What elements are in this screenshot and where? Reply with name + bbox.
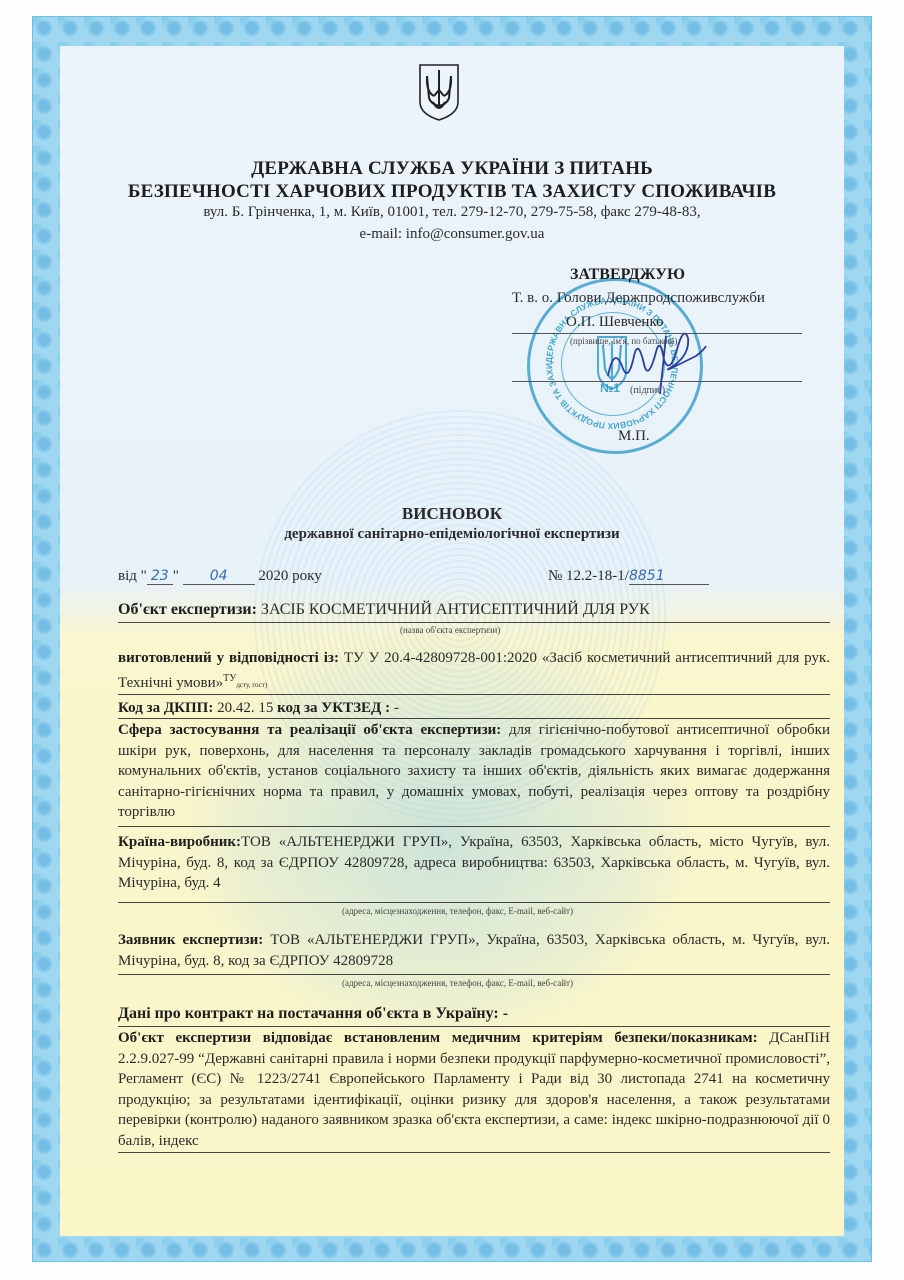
number-prefix: № 12.2-18-1/ bbox=[548, 568, 629, 584]
date-month: 04 bbox=[183, 568, 255, 585]
contract-value: - bbox=[503, 1005, 508, 1022]
field-codes: Код за ДКПП: 20.42. 15 код за УКТЗЕД : - bbox=[118, 698, 830, 719]
date-day: 23 bbox=[147, 568, 173, 585]
producer-caption: (адреса, місцезнаходження, телефон, факс… bbox=[342, 906, 573, 916]
standard-sub: дсту, гост) bbox=[236, 681, 267, 689]
contract-underline bbox=[118, 1026, 830, 1027]
compliance-label: Об'єкт експертизи відповідає встановлени… bbox=[118, 1030, 758, 1046]
date-quote: " bbox=[173, 568, 179, 584]
approval-title: ЗАТВЕРДЖУЮ bbox=[570, 266, 685, 284]
approver-role: Т. в. о. Голови Держпродспоживслужби bbox=[512, 290, 765, 307]
applicant-label: Заявник експертизи: bbox=[118, 932, 263, 948]
compliance-value: ДСанПіН 2.2.9.027-99 “Державні санітарні… bbox=[118, 1030, 830, 1149]
field-scope: Сфера застосування та реалізації об'єкта… bbox=[118, 720, 830, 823]
document-title: ВИСНОВОК bbox=[60, 504, 844, 524]
organization-email: e-mail: info@consumer.gov.ua bbox=[60, 226, 844, 243]
field-contract: Дані про контракт на постачання об'єкта … bbox=[118, 1004, 830, 1025]
number-value: 8851 bbox=[629, 568, 709, 585]
field-producer: Країна-виробник:ТОВ «АЛЬТЕНЕРДЖИ ГРУП», … bbox=[118, 832, 830, 894]
field-object: Об'єкт експертизи: ЗАСІБ КОСМЕТИЧНИЙ АНТ… bbox=[118, 600, 830, 621]
standard-sup: ТУ bbox=[223, 673, 236, 684]
field-applicant: Заявник експертизи: ТОВ «АЛЬТЕНЕРДЖИ ГРУ… bbox=[118, 930, 830, 971]
dkpp-value: 20.42. 15 bbox=[217, 700, 273, 716]
object-value: ЗАСІБ КОСМЕТИЧНИЙ АНТИСЕПТИЧНИЙ ДЛЯ РУК bbox=[261, 601, 650, 618]
field-standard: виготовлений у відповідності із: ТУ У 20… bbox=[118, 648, 830, 695]
object-label: Об'єкт експертизи: bbox=[118, 601, 257, 618]
field-compliance: Об'єкт експертизи відповідає встановлени… bbox=[118, 1028, 830, 1151]
producer-underline bbox=[118, 902, 830, 903]
applicant-caption: (адреса, місцезнаходження, телефон, факс… bbox=[342, 978, 573, 988]
object-underline bbox=[118, 622, 830, 623]
handwritten-signature bbox=[600, 316, 710, 396]
organization-name-line1: ДЕРЖАВНА СЛУЖБА УКРАЇНИ З ПИТАНЬ bbox=[60, 158, 844, 180]
object-caption: (назва об'єкта експертизи) bbox=[400, 625, 500, 635]
codes-underline bbox=[118, 718, 830, 719]
document-date: від "23" 04 2020 року bbox=[118, 568, 322, 585]
trident-coat-of-arms-icon bbox=[417, 62, 461, 122]
compliance-underline bbox=[118, 1152, 830, 1153]
organization-name-line2: БЕЗПЕЧНОСТІ ХАРЧОВИХ ПРОДУКТІВ ТА ЗАХИСТ… bbox=[60, 181, 844, 203]
standard-label: виготовлений у відповідності із: bbox=[118, 650, 339, 666]
date-prefix: від " bbox=[118, 568, 147, 584]
document-subtitle: державної санітарно-епідеміологічної екс… bbox=[60, 526, 844, 543]
dkpp-label: Код за ДКПП: bbox=[118, 700, 213, 716]
producer-label: Країна-виробник: bbox=[118, 834, 241, 850]
applicant-underline bbox=[118, 974, 830, 975]
certificate-page: ДЕРЖАВНА СЛУЖБА УКРАЇНИ З ПИТАНЬ БЕЗПЕЧН… bbox=[60, 46, 844, 1236]
organization-address: вул. Б. Грінченка, 1, м. Київ, 01001, те… bbox=[60, 204, 844, 221]
uktzed-label: код за УКТЗЕД : bbox=[277, 700, 390, 716]
uktzed-value: - bbox=[394, 700, 399, 716]
seal-label: М.П. bbox=[618, 428, 650, 445]
scope-label: Сфера застосування та реалізації об'єкта… bbox=[118, 722, 501, 738]
scope-underline bbox=[118, 826, 830, 827]
contract-label: Дані про контракт на постачання об'єкта … bbox=[118, 1005, 499, 1022]
date-year: 2020 року bbox=[258, 568, 321, 584]
document-number: № 12.2-18-1/8851 bbox=[548, 568, 709, 585]
standard-underline bbox=[118, 694, 830, 695]
